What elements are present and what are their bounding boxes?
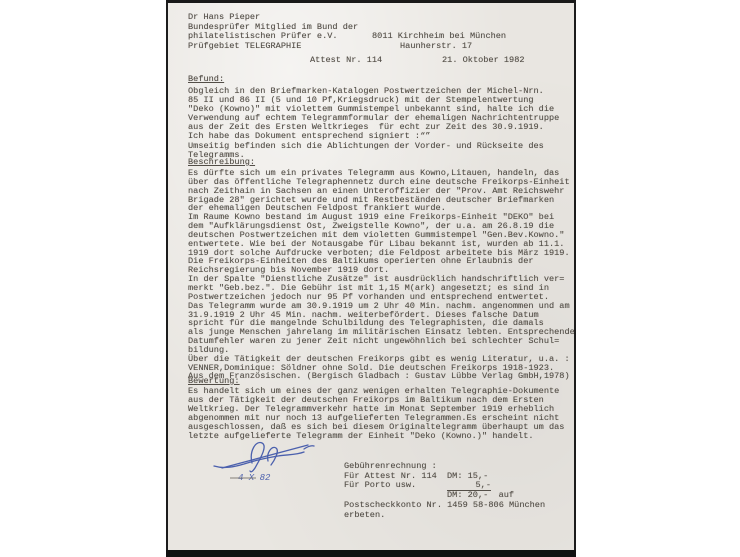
- fee-account-line: Postscheckkonto Nr. 1459 58-806 München: [344, 501, 545, 510]
- handwritten-signature: 4 X 82: [208, 435, 338, 487]
- section-heading-bewertung: Bewertung:: [188, 377, 240, 386]
- letterhead-field: Prüfgebiet TELEGRAPHIE: [188, 42, 301, 51]
- section-heading-beschreibung: Beschreibung:: [188, 158, 255, 167]
- letterhead-city: 8011 Kirchheim bei München: [372, 32, 506, 41]
- section-heading-befund: Befund:: [188, 75, 224, 84]
- screenshot-root: { "photo": { "paper_color": "#e9e6e1", "…: [0, 0, 740, 557]
- letterhead-street: Haunherstr. 17: [400, 42, 472, 51]
- attest-date: 21. Oktober 1982: [442, 56, 525, 65]
- letterhead-association: philatelistischen Prüfer e.V.: [188, 32, 338, 41]
- letterhead-name: Dr Hans Pieper: [188, 13, 260, 22]
- section-body-befund: Obgleich in den Briefmarken-Katalogen Po…: [188, 87, 559, 160]
- attest-number: Attest Nr. 114: [310, 56, 382, 65]
- fee-title: Gebührenrechnung :: [344, 462, 437, 471]
- section-body-bewertung: Es handelt sich um eines der ganz wenige…: [188, 387, 564, 442]
- fee-total-line: DM: 20,- auf: [447, 491, 514, 500]
- section-body-beschreibung: Es dürfte sich um ein privates Telegramm…: [188, 169, 575, 381]
- signature-stamp-mark: [230, 477, 256, 479]
- scanned-attest-photo: Dr Hans Pieper Bundesprüfer Mitglied im …: [166, 0, 576, 557]
- fee-closing: erbeten.: [344, 511, 385, 520]
- fee-row2-label: Für Porto usw.: [344, 481, 416, 490]
